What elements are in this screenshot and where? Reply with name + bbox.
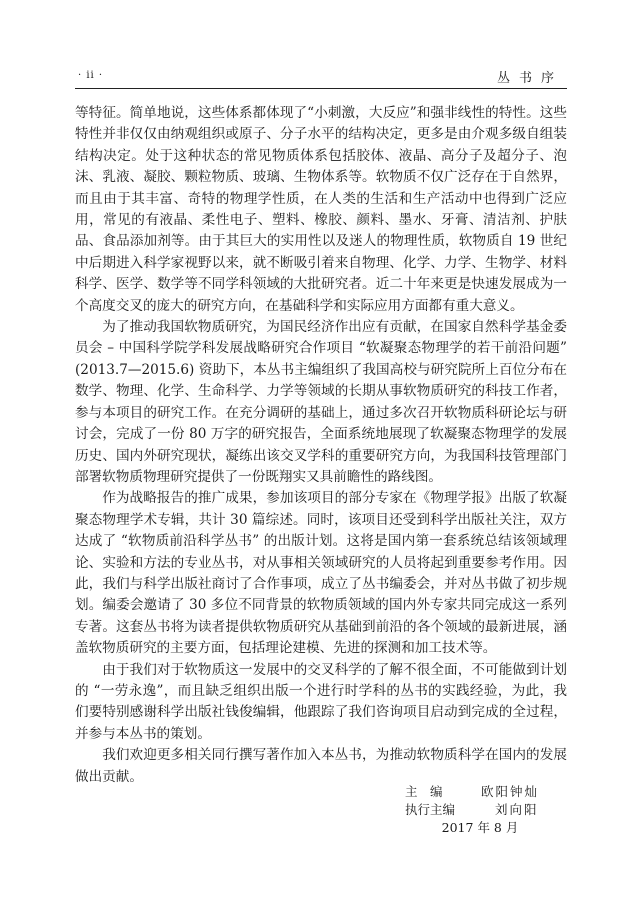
signature-block: 主 编 欧阳钟灿 执行主编 刘向阳 2017 年 8 月 bbox=[405, 783, 565, 837]
signature-date: 2017 年 8 月 bbox=[415, 819, 545, 837]
chief-editor-name: 欧阳钟灿 bbox=[471, 783, 539, 801]
page-number: · ii · bbox=[78, 70, 103, 81]
executive-editor-line: 执行主编 刘向阳 bbox=[405, 801, 565, 819]
page-header: · ii · 丛书序 bbox=[75, 67, 567, 89]
paragraph-1: 等特征。简单地说，这些体系都体现了“小刺激，大反应”和强非线性的特性。这些特性并… bbox=[75, 103, 567, 317]
preface-body: 等特征。简单地说，这些体系都体现了“小刺激，大反应”和强非线性的特性。这些特性并… bbox=[75, 103, 567, 788]
paragraph-4: 由于我们对于软物质这一发展中的交叉科学的了解不很全面，不可能做到计划的 “一劳永… bbox=[75, 660, 567, 746]
executive-editor-name: 刘向阳 bbox=[471, 801, 539, 819]
running-title: 丛书序 bbox=[497, 67, 563, 86]
paragraph-2: 为了推动我国软物质研究，为国民经济作出应有贡献，在国家自然科学基金委员会 – 中… bbox=[75, 317, 567, 488]
paragraph-5: 我们欢迎更多相关同行撰写著作加入本丛书，为推动软物质科学在国内的发展做出贡献。 bbox=[75, 745, 567, 788]
executive-editor-role: 执行主编 bbox=[405, 801, 471, 819]
chief-editor-role: 主 编 bbox=[405, 783, 471, 801]
chief-editor-line: 主 编 欧阳钟灿 bbox=[405, 783, 565, 801]
paragraph-3: 作为战略报告的推广成果，参加该项目的部分专家在《物理学报》出版了软凝聚态物理学术… bbox=[75, 488, 567, 659]
